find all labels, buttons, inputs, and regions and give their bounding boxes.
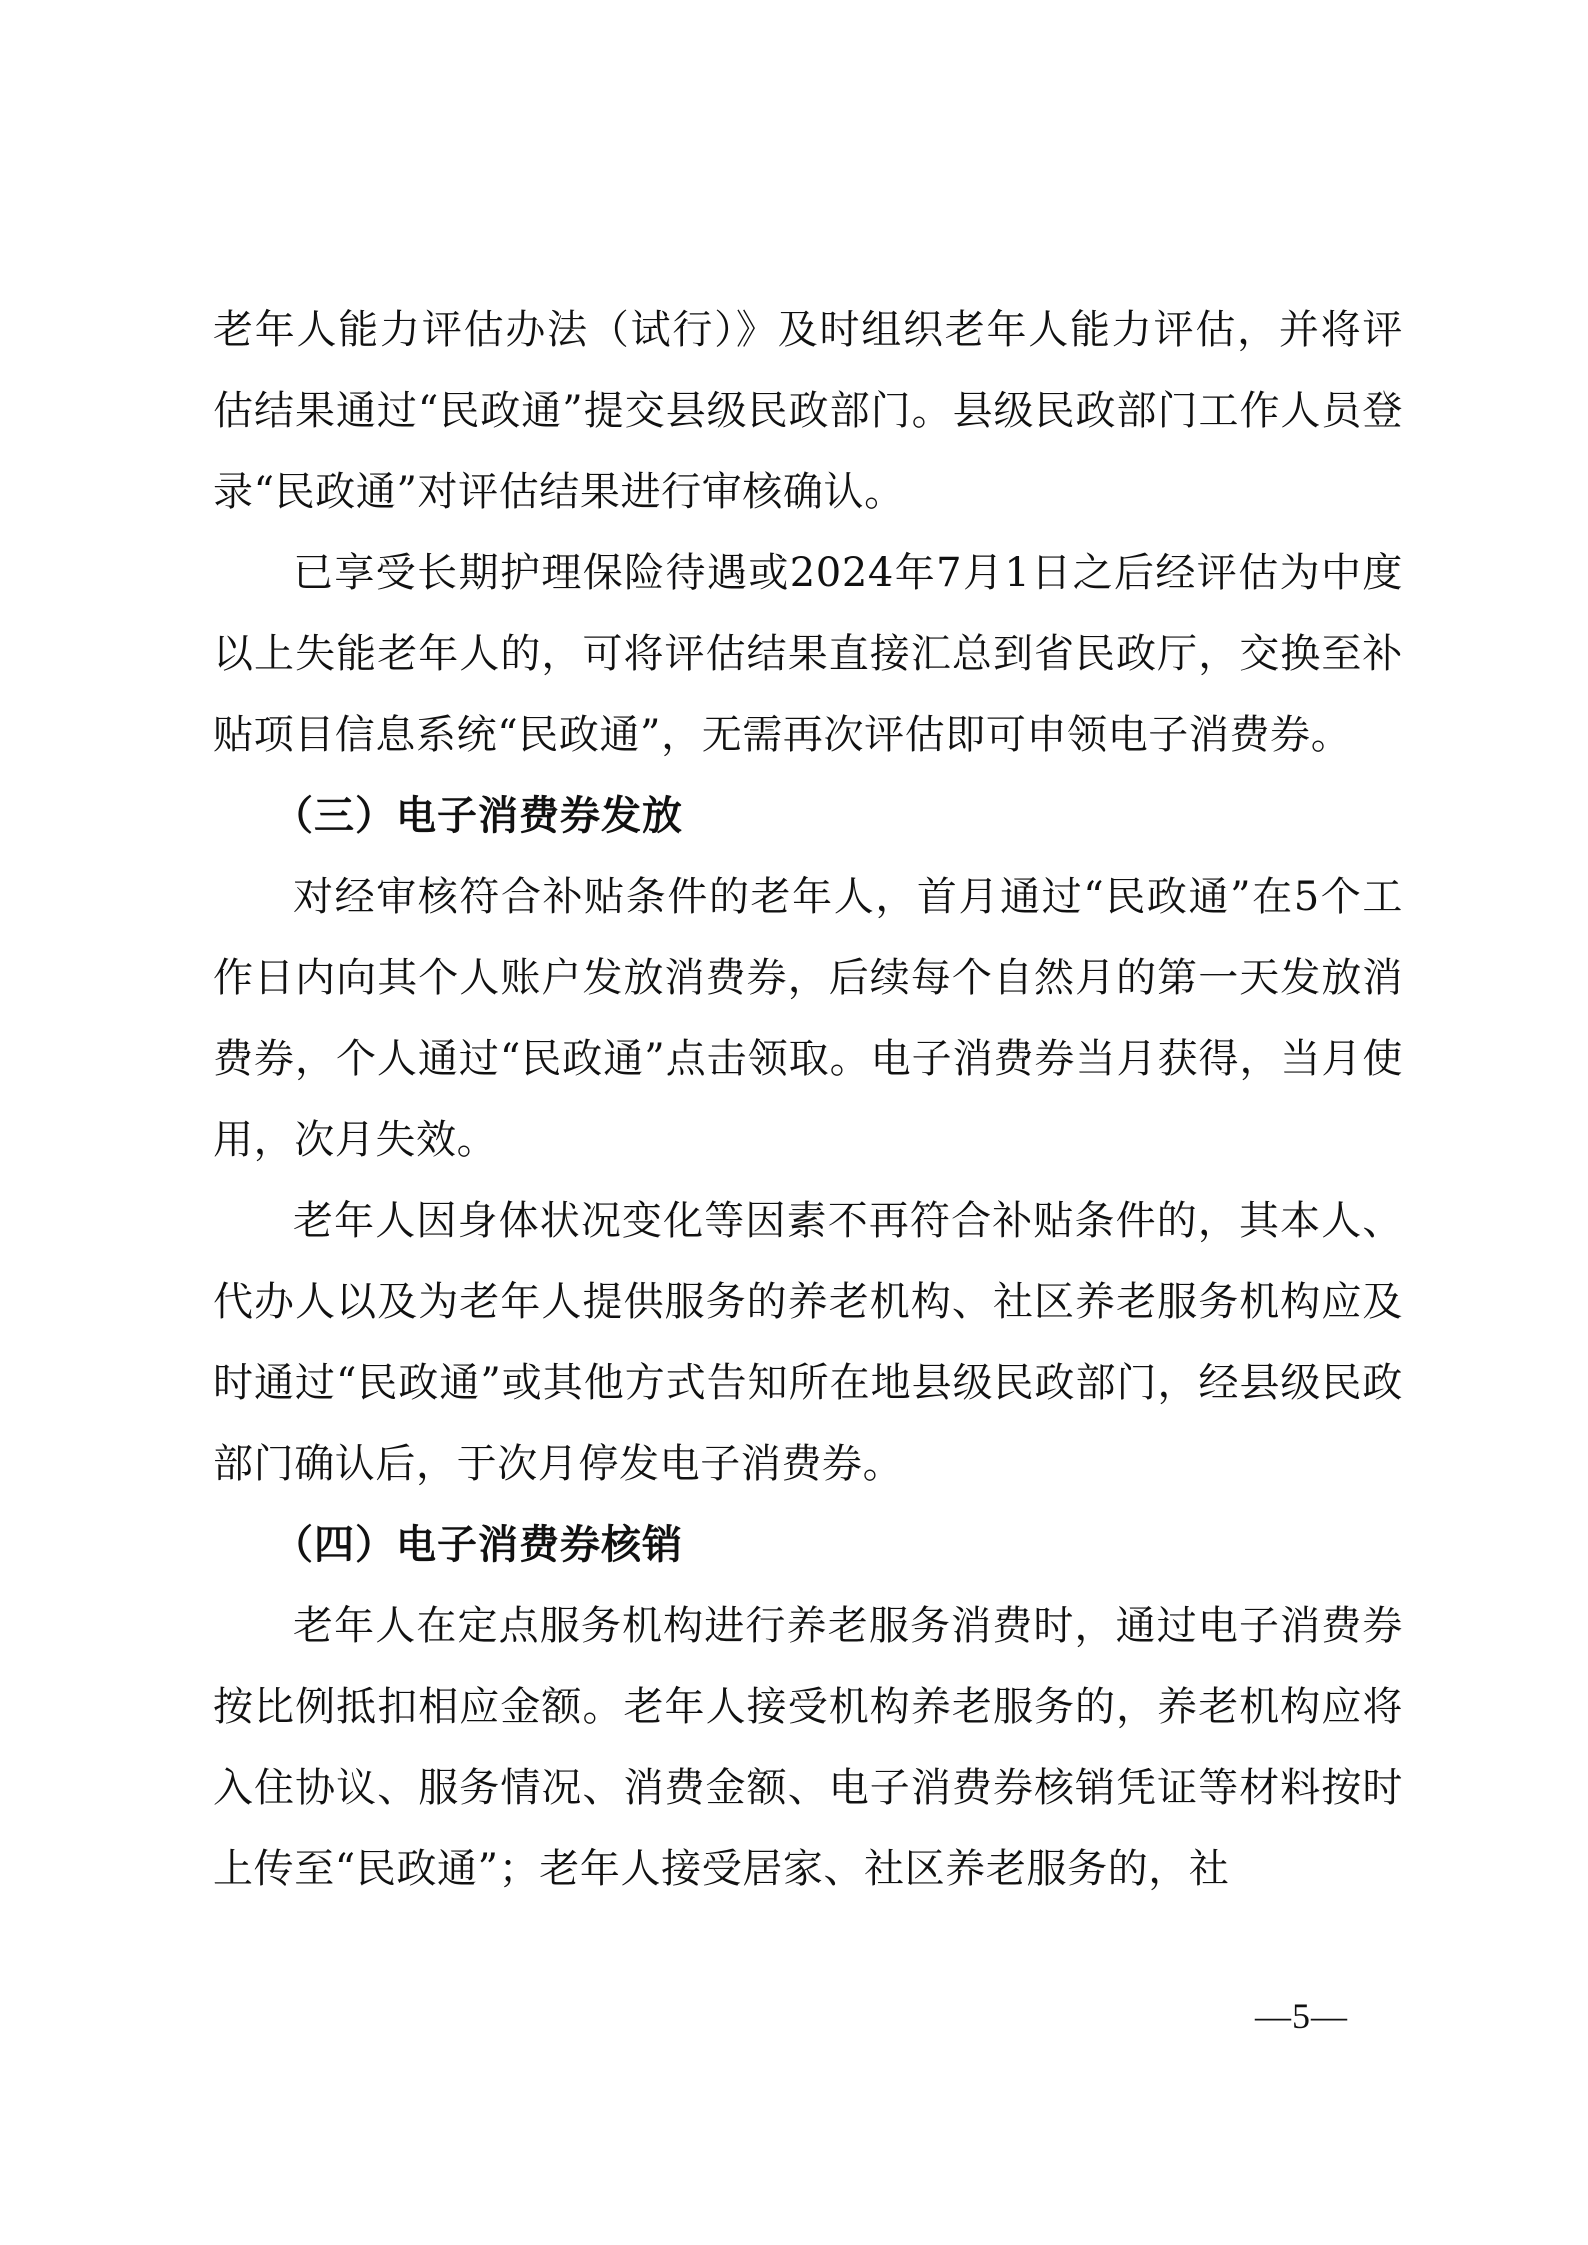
- section-heading-voucher-issuance: （三）电子消费券发放: [213, 776, 1403, 857]
- paragraph-assessment-submission: 老年人能力评估办法（试行）》及时组织老年人能力评估，并将评估结果通过“民政通”提…: [213, 290, 1403, 533]
- paragraph-voucher-suspension: 老年人因身体状况变化等因素不再符合补贴条件的，其本人、代办人以及为老年人提供服务…: [213, 1181, 1403, 1505]
- paragraph-ltc-insurance-exemption: 已享受长期护理保险待遇或2024年7月1日之后经评估为中度以上失能老年人的，可将…: [213, 533, 1403, 776]
- page-number: —5—: [1255, 1995, 1348, 2037]
- section-heading-voucher-redemption: （四）电子消费券核销: [213, 1505, 1403, 1586]
- document-body: 老年人能力评估办法（试行）》及时组织老年人能力评估，并将评估结果通过“民政通”提…: [213, 290, 1403, 1910]
- paragraph-voucher-issuance: 对经审核符合补贴条件的老年人，首月通过“民政通”在5个工作日内向其个人账户发放消…: [213, 857, 1403, 1181]
- document-page: 老年人能力评估办法（试行）》及时组织老年人能力评估，并将评估结果通过“民政通”提…: [0, 0, 1588, 2245]
- paragraph-voucher-redemption: 老年人在定点服务机构进行养老服务消费时，通过电子消费券按比例抵扣相应金额。老年人…: [213, 1586, 1403, 1910]
